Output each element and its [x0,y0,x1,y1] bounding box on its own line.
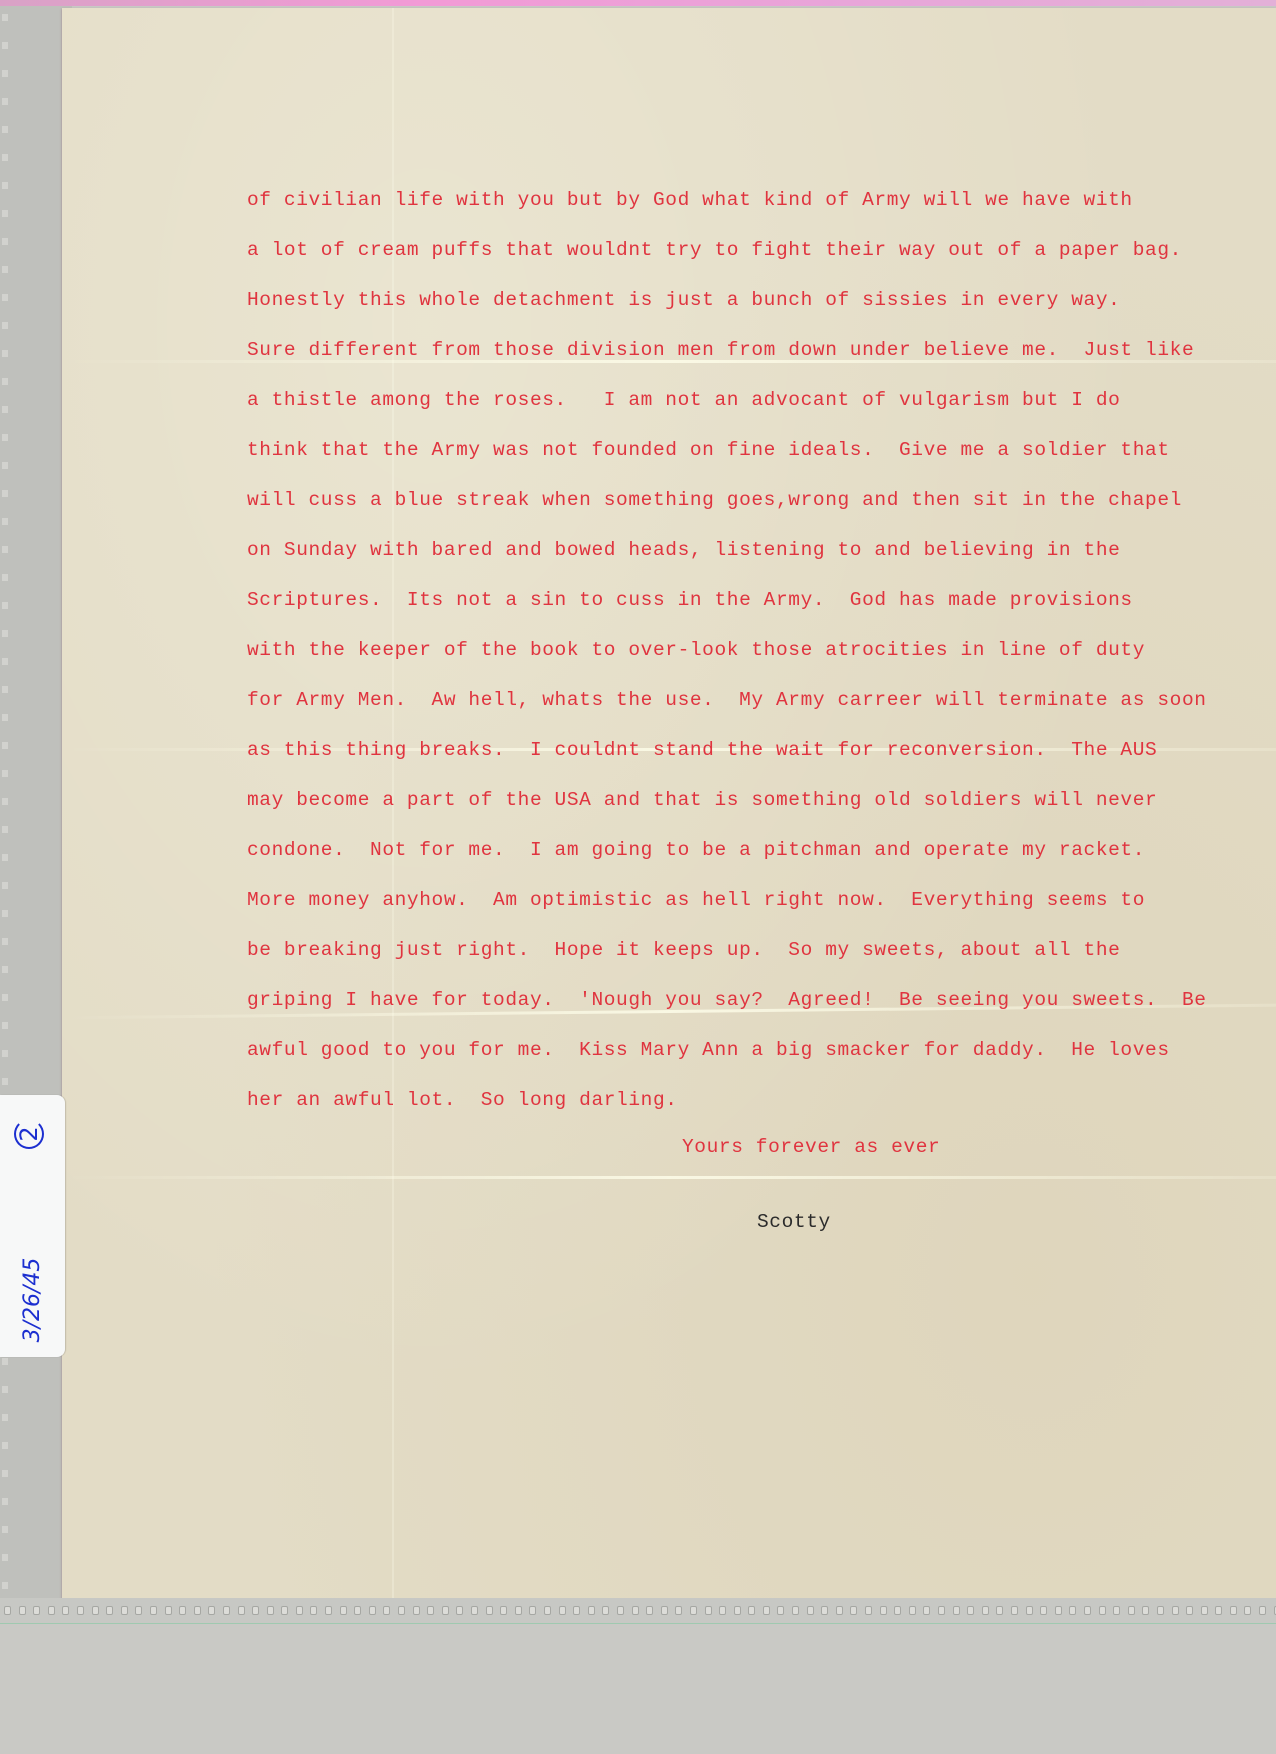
punch-hole [1084,1606,1091,1615]
letter-line: More money anyhow. Am optimistic as hell… [247,880,1247,930]
punch-hole [675,1606,682,1615]
punch-hole [150,1606,157,1615]
punch-hole [923,1606,930,1615]
letter-line: Honestly this whole detachment is just a… [247,280,1247,330]
punch-hole [967,1606,974,1615]
punch-hole [77,1606,84,1615]
punch-hole [442,1606,449,1615]
punch-hole [807,1606,814,1615]
punch-hole [1113,1606,1120,1615]
punch-hole [1259,1606,1266,1615]
punch-hole [1157,1606,1164,1615]
punch-hole [325,1606,332,1615]
punch-hole [1230,1606,1237,1615]
punch-hole [427,1606,434,1615]
punch-hole [529,1606,536,1615]
letter-line: may become a part of the USA and that is… [247,780,1247,830]
letter-line: condone. Not for me. I am going to be a … [247,830,1247,880]
punch-hole [223,1606,230,1615]
punch-hole [719,1606,726,1615]
punch-hole [982,1606,989,1615]
letter-line: will cuss a blue streak when something g… [247,480,1247,530]
punch-hole [252,1606,259,1615]
sleeve-binder-holes [2,0,8,1600]
letter-line: Scriptures. Its not a sin to cuss in the… [247,580,1247,630]
punch-hole [92,1606,99,1615]
punch-hole [383,1606,390,1615]
punch-hole [165,1606,172,1615]
punch-hole [602,1606,609,1615]
punch-hole [850,1606,857,1615]
punch-hole [413,1606,420,1615]
letter-line: think that the Army was not founded on f… [247,430,1247,480]
punch-hole [340,1606,347,1615]
letter-line: be breaking just right. Hope it keeps up… [247,930,1247,980]
punch-hole [456,1606,463,1615]
sleeve-punch-strip [0,1598,1276,1624]
punch-hole [1069,1606,1076,1615]
punch-hole [996,1606,1003,1615]
punch-hole [617,1606,624,1615]
punch-hole [559,1606,566,1615]
punch-hole [661,1606,668,1615]
punch-hole [909,1606,916,1615]
punch-hole [544,1606,551,1615]
punch-hole [734,1606,741,1615]
punch-hole [369,1606,376,1615]
punch-hole [763,1606,770,1615]
punch-hole [690,1606,697,1615]
punch-hole [33,1606,40,1615]
punch-hole [267,1606,274,1615]
punch-hole [777,1606,784,1615]
punch-hole [515,1606,522,1615]
letter-line: her an awful lot. So long darling. [247,1080,1247,1130]
punch-hole [1172,1606,1179,1615]
punch-hole [1215,1606,1222,1615]
punch-hole [208,1606,215,1615]
punch-hole [179,1606,186,1615]
letter-body: of civilian life with you but by God wha… [247,180,1247,1130]
punch-hole [1244,1606,1251,1615]
punch-hole [354,1606,361,1615]
punch-hole [1011,1606,1018,1615]
punch-hole [4,1606,11,1615]
punch-hole [296,1606,303,1615]
letter-line: on Sunday with bared and bowed heads, li… [247,530,1247,580]
sleeve-top-edge [0,0,1276,6]
punch-hole [836,1606,843,1615]
punch-hole [1099,1606,1106,1615]
punch-hole [62,1606,69,1615]
punch-hole [646,1606,653,1615]
punch-hole [792,1606,799,1615]
letter-line: Sure different from those division men f… [247,330,1247,380]
paper-crease [62,1176,1276,1179]
punch-hole [1026,1606,1033,1615]
letter-line: awful good to you for me. Kiss Mary Ann … [247,1030,1247,1080]
archive-label-tab: 2 3/26/45 [0,1095,65,1357]
letter-line: of civilian life with you but by God wha… [247,180,1247,230]
punch-hole [486,1606,493,1615]
punch-hole [121,1606,128,1615]
punch-hole [748,1606,755,1615]
punch-hole [1055,1606,1062,1615]
punch-hole [135,1606,142,1615]
letter-signature: Scotty [757,1211,831,1233]
punch-hole [953,1606,960,1615]
punch-hole [398,1606,405,1615]
page-number-annotation: 2 [12,1117,46,1151]
punch-hole [194,1606,201,1615]
punch-hole [1128,1606,1135,1615]
punch-hole [865,1606,872,1615]
punch-hole [821,1606,828,1615]
punch-hole [1186,1606,1193,1615]
punch-hole [48,1606,55,1615]
letter-line: as this thing breaks. I couldnt stand th… [247,730,1247,780]
letter-line: for Army Men. Aw hell, whats the use. My… [247,680,1247,730]
punch-hole [894,1606,901,1615]
punch-hole [281,1606,288,1615]
punch-hole [19,1606,26,1615]
letter-closing: Yours forever as ever [682,1136,940,1158]
letter-line: a lot of cream puffs that wouldnt try to… [247,230,1247,280]
letter-line: griping I have for today. 'Nough you say… [247,980,1247,1030]
punch-hole [705,1606,712,1615]
punch-hole [1142,1606,1149,1615]
punch-hole [1201,1606,1208,1615]
punch-hole [310,1606,317,1615]
date-annotation: 3/26/45 [18,1245,48,1355]
letter-line: with the keeper of the book to over-look… [247,630,1247,680]
punch-hole [106,1606,113,1615]
letter-line: a thistle among the roses. I am not an a… [247,380,1247,430]
punch-hole [632,1606,639,1615]
punch-hole [588,1606,595,1615]
punch-hole [938,1606,945,1615]
punch-hole [1040,1606,1047,1615]
punch-hole [500,1606,507,1615]
punch-hole [471,1606,478,1615]
punch-hole [573,1606,580,1615]
punch-hole [238,1606,245,1615]
punch-hole [880,1606,887,1615]
